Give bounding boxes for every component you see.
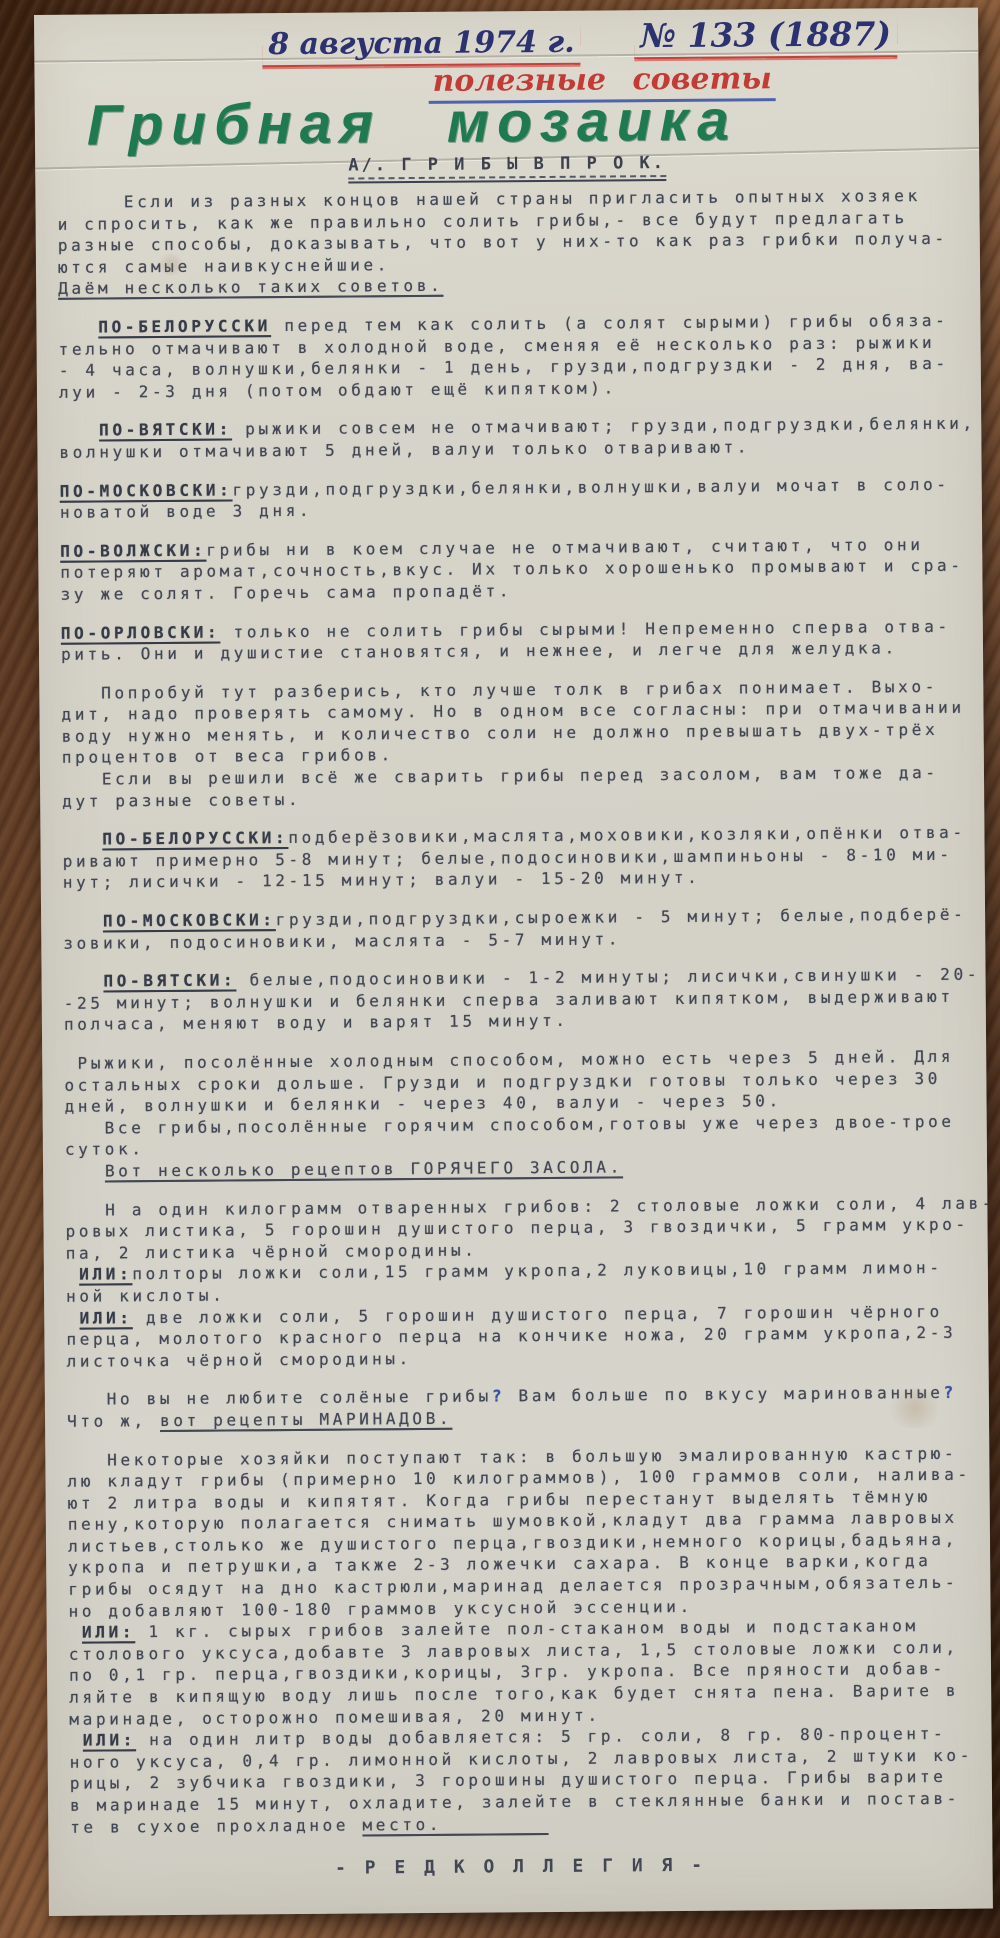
section-heading: А/. Г Р И Б Ы В П Р О К.	[348, 153, 666, 183]
paragraph: Если из разных концов нашей страны пригл…	[57, 185, 970, 300]
typed-text	[58, 317, 98, 336]
emphasized-text: ПО-БЕЛОРУССКИ	[98, 316, 271, 336]
emphasized-text	[442, 1814, 548, 1834]
emphasized-text: ИЛИ:	[79, 1265, 132, 1284]
paper-stain	[156, 254, 186, 276]
emphasized-text: ПО-МОСКОВСКИ:	[60, 480, 233, 500]
paragraph: ПО-БЕЛОРУССКИ:подберёзовики,маслята,мохо…	[62, 822, 974, 894]
typed-text: Если из разных концов нашей страны пригл…	[57, 186, 947, 277]
paragraph: ПО-ОРЛОВСКИ: только не солить грибы сыры…	[61, 615, 973, 665]
issue-date: 8 августа 1974 г.	[262, 25, 581, 67]
emphasized-text: ИЛИ:	[83, 1730, 136, 1749]
issue-number: № 133 (1887)	[634, 14, 897, 59]
typed-text: ?	[492, 1387, 505, 1406]
typed-text: ?	[943, 1383, 956, 1402]
paragraph: ПО-МОСКОВСКИ:грузди,подгруздки,сыроежки …	[63, 904, 975, 954]
paragraph: Но вы не любите солёные грибы? Вам больш…	[67, 1382, 979, 1432]
emphasized-text: Вот несколько рецептов ГОРЯЧЕГО ЗАСОЛА.	[105, 1157, 623, 1180]
emphasized-text: ИЛИ:	[82, 1623, 135, 1642]
typed-text: две ложки соли, 5 горошин душистого перц…	[66, 1301, 956, 1370]
paragraph: Попробуй тут разберись, кто лучше толк в…	[61, 675, 974, 812]
typed-text: Вам больше по вкусу маринованные	[505, 1383, 943, 1405]
paragraph: Н а один килограмм отваренных грибов: 2 …	[65, 1192, 978, 1372]
paragraph: ПО-ВЯТСКИ: белые,подосиновики - 1-2 мину…	[64, 964, 976, 1036]
emphasized-text: ПО-ВОЛЖСКИ:	[60, 540, 206, 560]
emphasized-text: ПО-ВЯТСКИ:	[103, 971, 236, 991]
paragraph: ПО-ВЯТСКИ: рыжики совсем не отмачивают; …	[59, 413, 971, 463]
page-title: Грибная мозаика	[87, 87, 737, 158]
typed-text	[64, 972, 104, 991]
emphasized-text: вот рецепты МАРИНАДОВ.	[160, 1409, 452, 1430]
editorial-signature: - Р Е Д К О Л Л Е Г И Я -	[48, 1853, 992, 1881]
typed-text: Некоторые хозяйки поступают так: в больш…	[67, 1443, 971, 1642]
emphasized-text: Даём несколько таких советов.	[58, 276, 443, 298]
typed-text	[62, 830, 102, 849]
emphasized-text: ПО-МОСКОВСКИ:	[103, 910, 276, 930]
emphasized-text: место.	[362, 1814, 442, 1834]
typed-text	[59, 421, 99, 440]
emphasized-text: ПО-ОРЛОВСКИ:	[61, 622, 221, 642]
paragraph: Рыжики, посолённые холодным способом, мо…	[64, 1046, 977, 1183]
typed-text: Попробуй тут разберись, кто лучше толк в…	[61, 677, 965, 811]
newspaper-sheet: 8 августа 1974 г. № 133 (1887) полезные …	[34, 8, 993, 1916]
paragraph: Некоторые хозяйки поступают так: в больш…	[67, 1442, 982, 1838]
typed-text	[63, 912, 103, 931]
paragraph: ПО-БЕЛОРУССКИ перед тем как солить (а со…	[58, 310, 971, 404]
emphasized-text: ПО-БЕЛОРУССКИ:	[102, 828, 288, 848]
paragraph: ПО-ВОЛЖСКИ:грибы ни в коем случае не отм…	[60, 533, 972, 605]
emphasized-text: ПО-ВЯТСКИ:	[99, 420, 232, 440]
paragraph: ПО-МОСКОВСКИ:грузди,подгруздки,белянки,в…	[60, 473, 972, 523]
article-body: Если из разных концов нашей страны пригл…	[57, 185, 982, 1855]
emphasized-text: ИЛИ:	[79, 1308, 132, 1327]
typed-text: Но вы не любите солёные грибы	[67, 1387, 492, 1409]
section-heading-wrap: А/. Г Р И Б Ы В П Р О К.	[35, 151, 979, 186]
